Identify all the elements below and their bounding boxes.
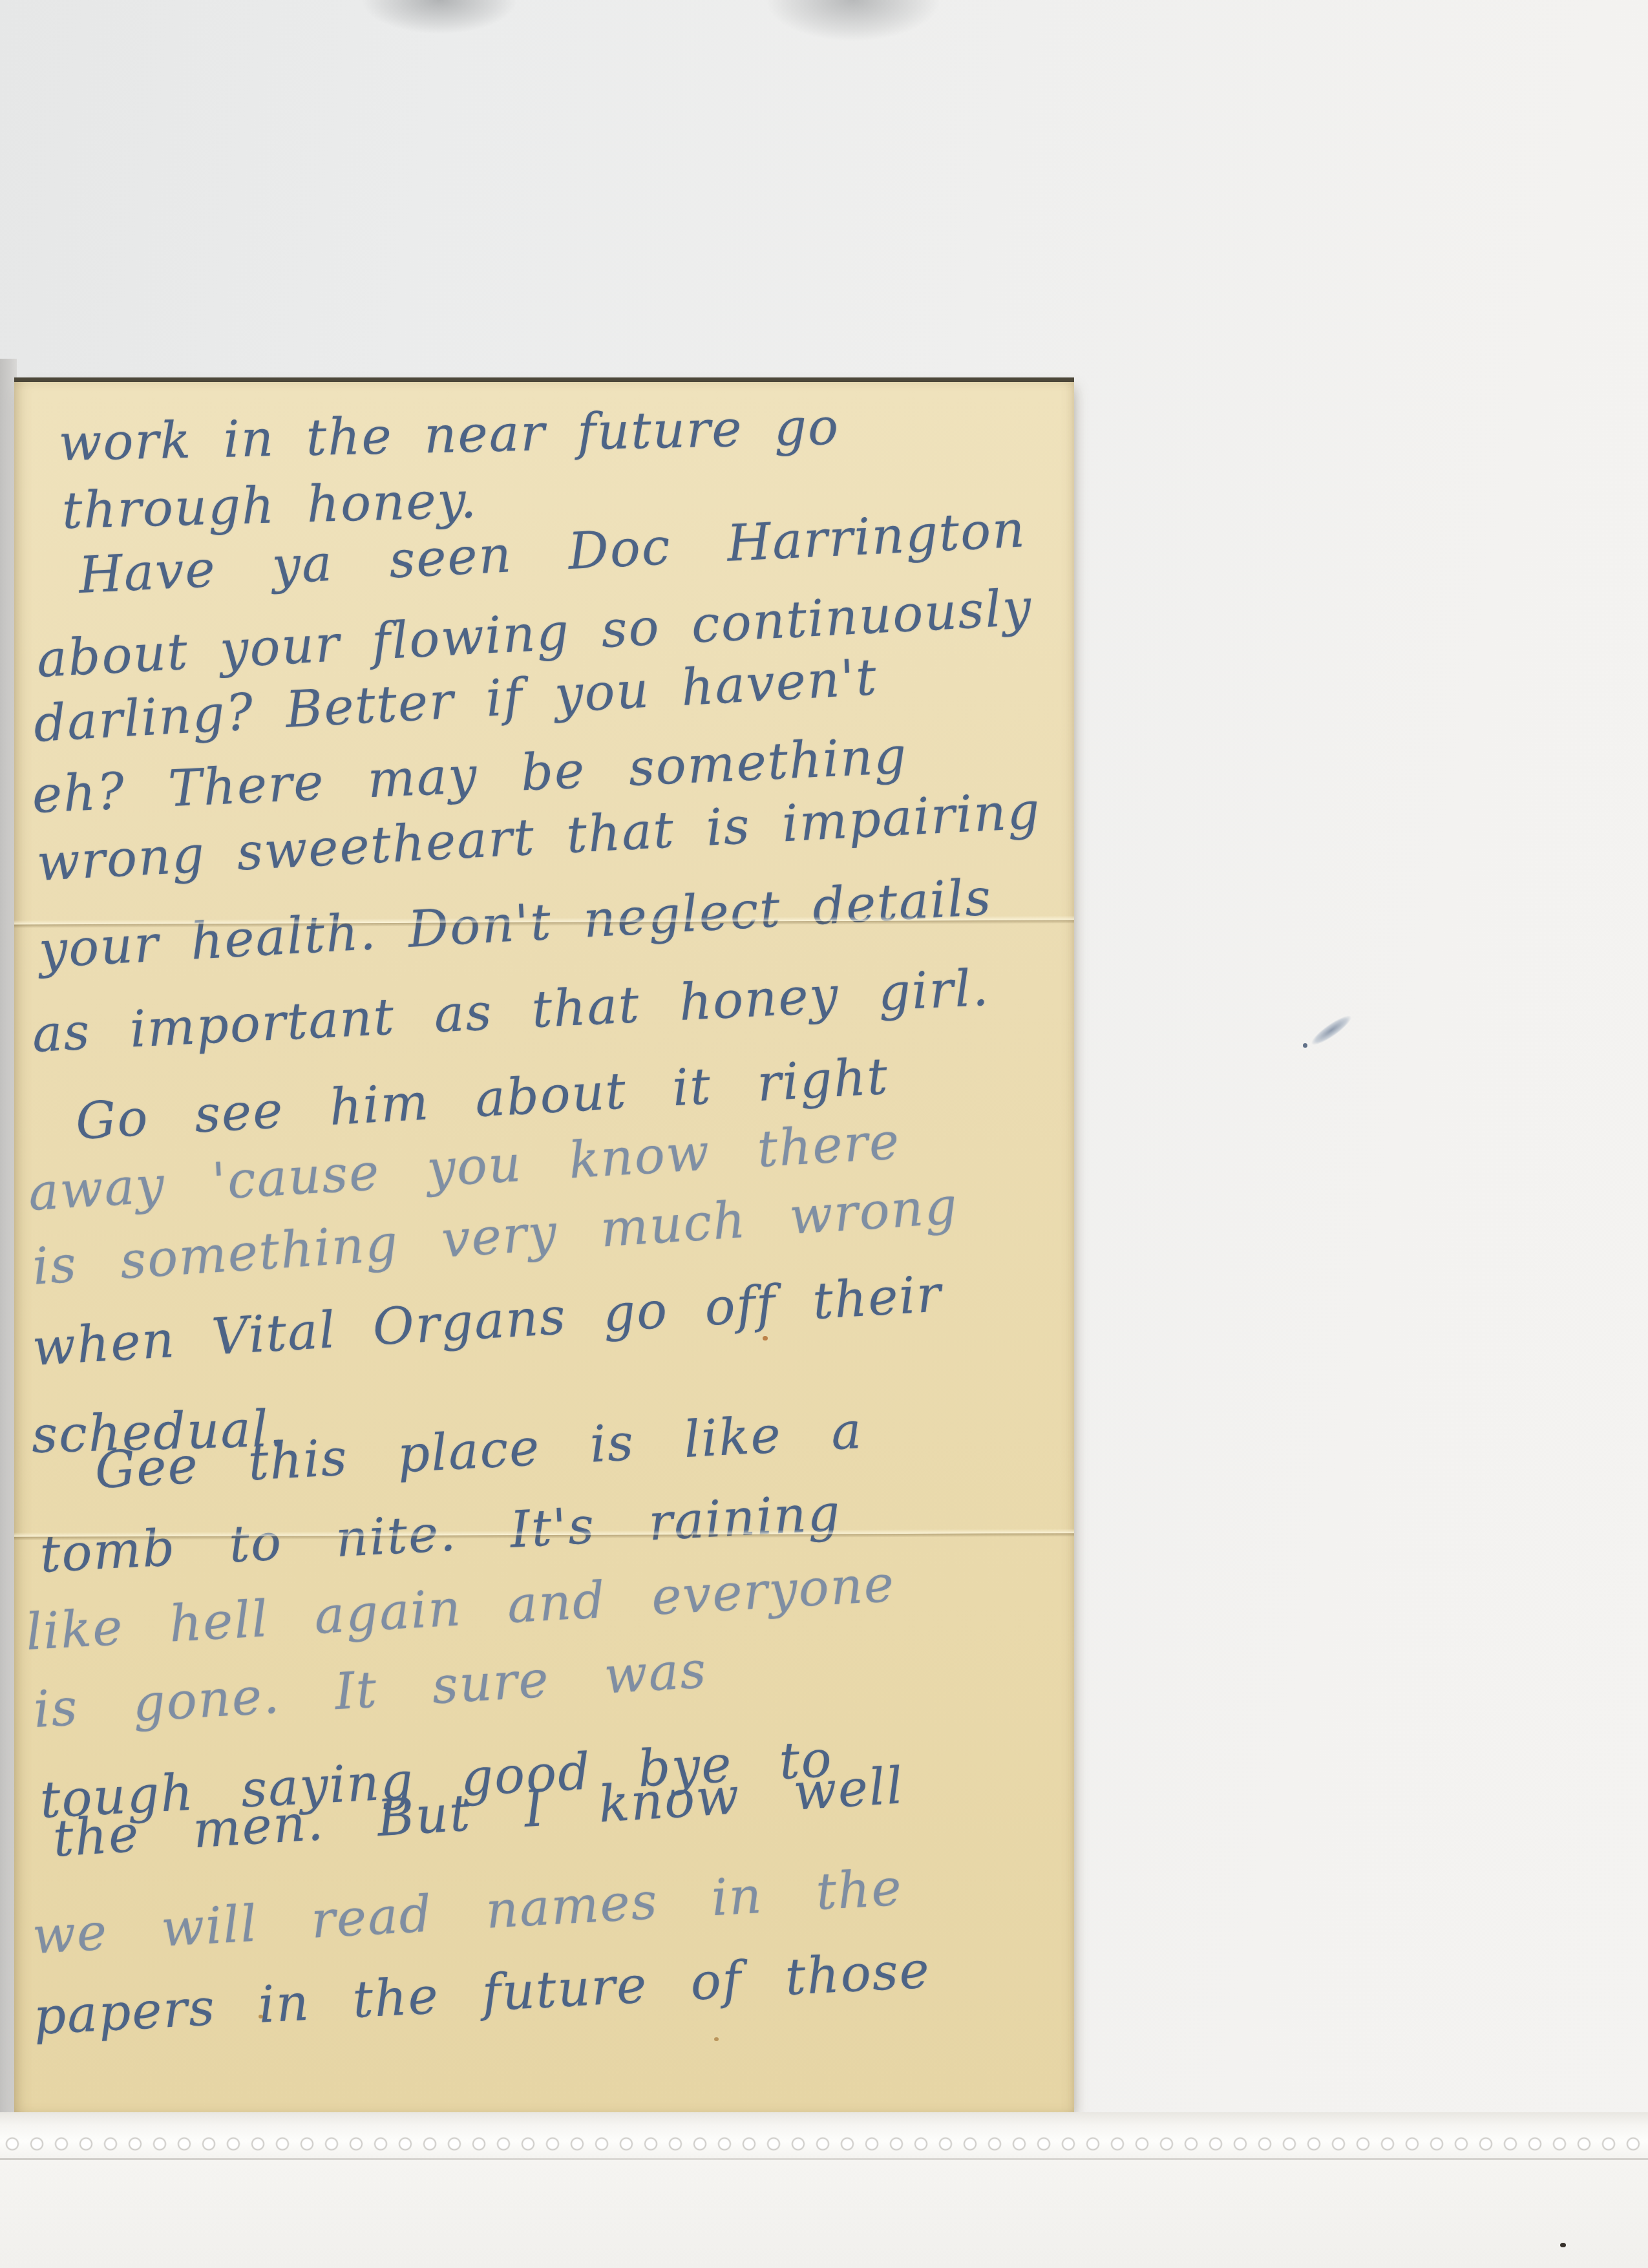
handwriting-line: work in the near future go — [58, 402, 840, 469]
handwriting-line: papers in the future of those — [32, 1945, 932, 2042]
handwriting-line: your health. Don't neglect details — [37, 873, 993, 976]
handwriting-line: as important as that honey girl. — [31, 963, 991, 1060]
handwriting-line: through honey. — [61, 475, 478, 536]
paper-speck — [714, 2037, 719, 2041]
scanner-bottom-area — [0, 2160, 1648, 2268]
sleeve-perforation-row — [0, 2133, 1648, 2155]
paper-speck — [763, 1336, 768, 1341]
paper-speck — [259, 2015, 263, 2019]
handwriting-line: we will read names in the — [31, 1863, 903, 1962]
scanned-page: work in the near future go through honey… — [0, 0, 1648, 2268]
ink-smudge — [1294, 998, 1368, 1062]
dust-speck — [1560, 2243, 1566, 2247]
handwriting-line: is gone. It sure was — [32, 1645, 708, 1735]
ink-smudge-dot — [1303, 1043, 1307, 1048]
letter-paper: work in the near future go through honey… — [14, 377, 1074, 2118]
scanner-shadow-right — [737, 0, 969, 97]
scanner-shadow-left — [336, 0, 543, 78]
